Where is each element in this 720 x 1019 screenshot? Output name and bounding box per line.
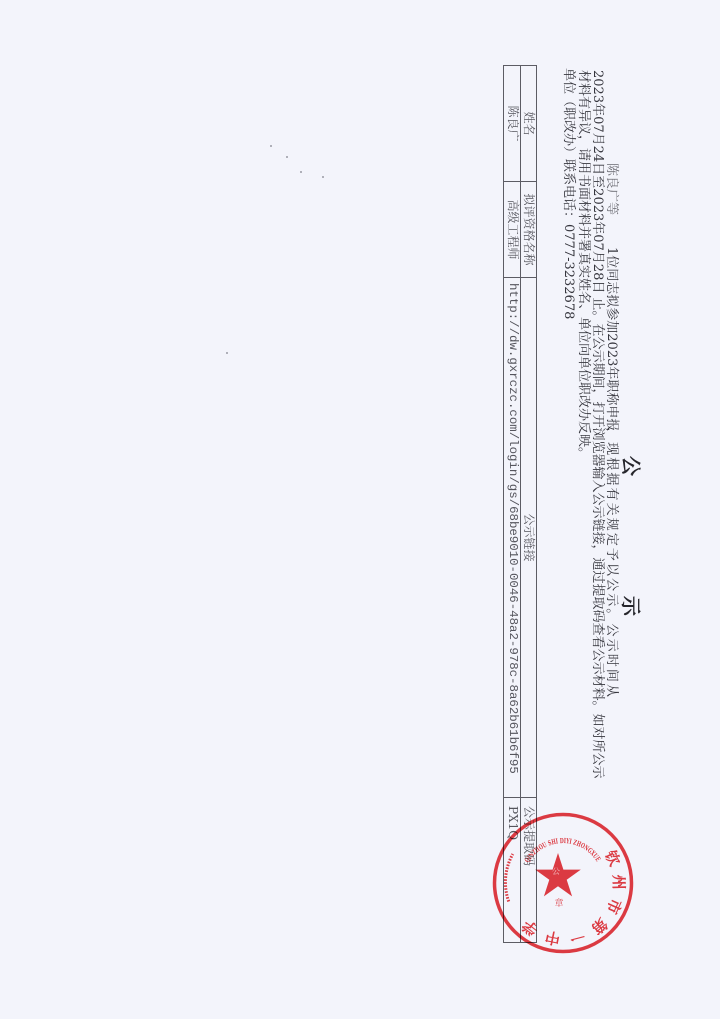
official-seal: 钦州市第一中学 QINZHOU SHI DIYI ZHONGXUE 公 章 bbox=[491, 811, 635, 955]
seal-serial-ring bbox=[505, 854, 512, 902]
body-line-1a: 1位同志拟参加2023年职称申报 bbox=[605, 247, 620, 422]
table-cell-name: 陈良广 bbox=[504, 66, 520, 182]
body-line-3: 材料有异议，请用书面材料并署真实姓名、单位向单位职改办反映。 bbox=[577, 70, 592, 460]
page-title: 公 示 bbox=[620, 456, 642, 616]
body-line-2: 2023年07月24日至2023年07月28日 止。在公示期间，打开浏览器输入公… bbox=[591, 70, 606, 777]
seal-org-pinyin-text: QINZHOU SHI DIYI ZHONGXUE bbox=[522, 836, 602, 864]
seal-center-label-top: 公 bbox=[552, 867, 560, 876]
scanned-notice-page: 公 示 陈良广等 1位同志拟参加2023年职称申报 ，现根据有关规定予以公示。公… bbox=[0, 0, 720, 1019]
seal-org-pinyin: QINZHOU SHI DIYI ZHONGXUE bbox=[522, 836, 602, 864]
body-line-1b: ，现根据有关规定予以公示。公示时间从 bbox=[605, 427, 620, 697]
contact-phone-line: 单位（职改办）联系电话：0777-3232678 bbox=[562, 68, 577, 290]
table-header-qualification: 拟评资格名称 bbox=[520, 182, 536, 278]
table-cell-qualification: 高级工程师 bbox=[504, 182, 520, 278]
table-cell-link: http://dw.gxrczc.com/login/gs/68be9010-0… bbox=[504, 278, 520, 798]
table-header-link: 公示链接 bbox=[520, 278, 536, 798]
nominee-names-field: 陈良广等 bbox=[605, 163, 620, 215]
seal-center-label-bottom: 章 bbox=[554, 897, 563, 909]
table-header-name: 姓名 bbox=[520, 66, 536, 182]
